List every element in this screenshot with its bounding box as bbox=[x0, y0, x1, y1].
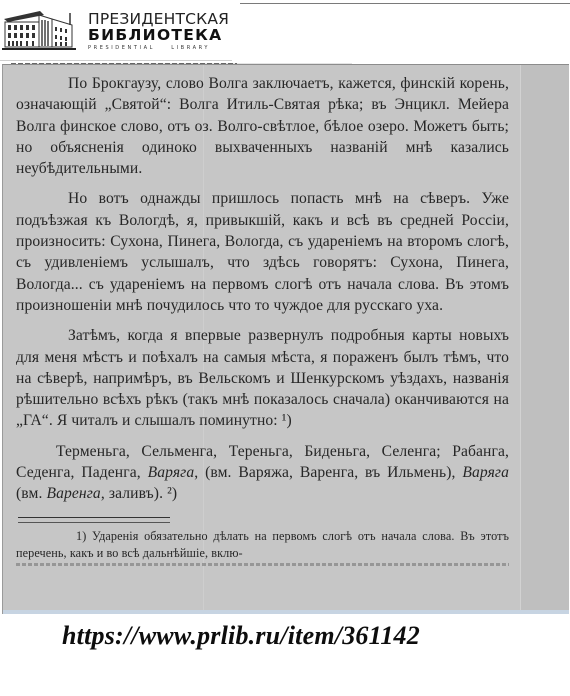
site-header: ПРЕЗИДЕНТСКАЯ БИБЛИОТЕКА PRESIDENTIAL LI… bbox=[0, 0, 570, 62]
page-body: По Брокгаузу, слово Волга заключаетъ, ка… bbox=[16, 73, 509, 566]
source-url[interactable]: https://www.prlib.ru/item/361142 bbox=[62, 621, 420, 651]
river-list: Терменьга, Сельменга, Тереньга, Биденьга… bbox=[16, 441, 509, 505]
river-list-text: (вм. bbox=[16, 485, 42, 502]
river-name-italic: Варяга bbox=[462, 464, 509, 481]
paragraph-3: Затѣмъ, когда я впервые развернулъ подро… bbox=[16, 325, 509, 431]
scan-margin-strip bbox=[520, 65, 569, 614]
logo-subtitle-right: LIBRARY bbox=[171, 44, 210, 52]
cut-off-text-line bbox=[11, 62, 237, 65]
logo-subtitle-left: PRESIDENTIAL bbox=[88, 44, 155, 52]
cut-off-footnote-line bbox=[16, 563, 509, 566]
footnote-1: 1) Ударенія обязательно дѣлать на первом… bbox=[16, 528, 509, 562]
paragraph-1: По Брокгаузу, слово Волга заключаетъ, ка… bbox=[16, 73, 509, 179]
library-logo: ПРЕЗИДЕНТСКАЯ БИБЛИОТЕКА PRESIDENTIAL LI… bbox=[88, 11, 229, 52]
logo-title-line1: ПРЕЗИДЕНТСКАЯ bbox=[88, 11, 229, 27]
header-top-rule bbox=[240, 3, 570, 4]
river-list-text: , (вм. Варяжа, Варенга, въ Ильмень), bbox=[194, 464, 455, 481]
logo-title-line2: БИБЛИОТЕКА bbox=[88, 27, 229, 44]
river-list-text: , заливъ). ²) bbox=[101, 485, 177, 502]
logo-subtitle: PRESIDENTIAL LIBRARY bbox=[88, 44, 210, 52]
river-name-italic: Варяга bbox=[148, 464, 195, 481]
library-building-icon bbox=[2, 5, 76, 51]
paragraph-2: Но вотъ однажды пришлось попасть мнѣ на … bbox=[16, 188, 509, 316]
viewer-bottom-bar bbox=[3, 610, 569, 614]
river-name-italic: Варенга bbox=[46, 485, 100, 502]
footnote-separator bbox=[18, 517, 170, 523]
scanned-page: По Брокгаузу, слово Волга заключаетъ, ка… bbox=[2, 64, 569, 614]
header-divider bbox=[0, 60, 232, 61]
